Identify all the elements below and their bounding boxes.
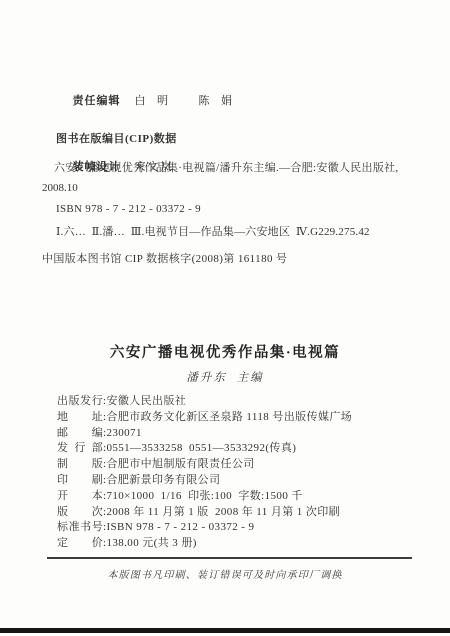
pub-value: :230071	[103, 426, 142, 442]
pub-line-format: 开本:710×1000 1/16 印张:100 字数:1500 千	[57, 489, 417, 505]
cip-classification-line: Ⅰ.六… Ⅱ.潘… Ⅲ.电视节目—作品集—六安地区 Ⅳ.G229.275.42	[42, 223, 422, 239]
cip-record-number-line: 中国版本图书馆 CIP 数据核字(2008)第 161180 号	[42, 250, 422, 266]
pub-label: 邮编	[57, 426, 103, 442]
pub-label: 发行部	[57, 441, 103, 457]
pub-line-price: 定价:138.00 元(共 3 册)	[57, 536, 417, 552]
pub-value: :合肥市政务文化新区圣泉路 1118 号出版传媒广场	[103, 410, 352, 426]
pub-value: :2008 年 11 月第 1 版 2008 年 11 月第 1 次印刷	[103, 505, 340, 521]
pub-line-postcode: 邮编:230071	[57, 426, 417, 442]
pub-value: :ISBN 978 - 7 - 212 - 03372 - 9	[103, 520, 254, 536]
pub-line-printing: 印刷:合肥新景印务有限公司	[57, 473, 417, 489]
pub-label: 印刷	[57, 473, 103, 489]
pub-value: :安徽人民出版社	[103, 394, 186, 410]
pub-label: 定价	[57, 536, 103, 552]
pub-label: 开本	[57, 489, 103, 505]
cip-isbn-line: ISBN 978 - 7 - 212 - 03372 - 9	[42, 203, 422, 215]
title-block: 六安广播电视优秀作品集·电视篇 潘升东 主编	[0, 341, 450, 385]
book-title: 六安广播电视优秀作品集·电视篇	[0, 341, 450, 362]
footer-divider-rule	[47, 557, 412, 559]
footer-errata-note: 本版图书凡印刷、装订错误可及时向承印厂调换	[0, 566, 450, 581]
cip-entry-line2: 2008.10	[42, 182, 422, 194]
pub-line-address: 地址:合肥市政务文化新区圣泉路 1118 号出版传媒广场	[57, 410, 417, 426]
pub-line-platemaking: 制版:合肥市中旭制版有限责任公司	[57, 457, 417, 473]
editor-credit-row: 责任编辑白 明 陈 娟	[56, 68, 234, 134]
cip-heading: 图书在版编目(CIP)数据	[42, 130, 422, 146]
pub-line-distribution: 发行部:0551—3533258 0551—3533292(传真)	[57, 441, 417, 457]
editor-role-label: 责任编辑	[73, 95, 121, 107]
pub-value: :0551—3533258 0551—3533292(传真)	[103, 441, 296, 457]
pub-value: :138.00 元(共 3 册)	[103, 536, 197, 552]
book-chief-editor: 潘升东 主编	[0, 369, 450, 385]
pub-label: 制版	[57, 457, 103, 473]
pub-line-publisher: 出版发行:安徽人民出版社	[57, 394, 417, 410]
pub-value: :710×1000 1/16 印张:100 字数:1500 千	[103, 489, 303, 505]
pub-line-isbn: 标准书号:ISBN 978 - 7 - 212 - 03372 - 9	[57, 520, 417, 536]
pub-value: :合肥市中旭制版有限责任公司	[103, 457, 255, 473]
pub-label: 出版发行	[57, 394, 103, 410]
cip-data-block: 图书在版编目(CIP)数据 六安广播电视优秀作品集·电视篇/潘升东主编.—合肥:…	[42, 130, 422, 266]
book-copyright-page: 责任编辑白 明 陈 娟 装帧设计宋文岚 图书在版编目(CIP)数据 六安广播电视…	[0, 0, 450, 636]
publication-info-block: 出版发行:安徽人民出版社 地址:合肥市政务文化新区圣泉路 1118 号出版传媒广…	[57, 394, 417, 552]
pub-line-edition: 版次:2008 年 11 月第 1 版 2008 年 11 月第 1 次印刷	[57, 505, 417, 521]
editor-names: 白 明 陈 娟	[135, 95, 235, 107]
pub-value: :合肥新景印务有限公司	[103, 473, 220, 489]
cip-entry-line1: 六安广播电视优秀作品集·电视篇/潘升东主编.—合肥:安徽人民出版社,	[42, 159, 422, 175]
pub-label: 版次	[57, 505, 103, 521]
pub-label: 标准书号	[57, 520, 103, 536]
scan-page-edge	[0, 628, 450, 633]
pub-label: 地址	[57, 410, 103, 426]
